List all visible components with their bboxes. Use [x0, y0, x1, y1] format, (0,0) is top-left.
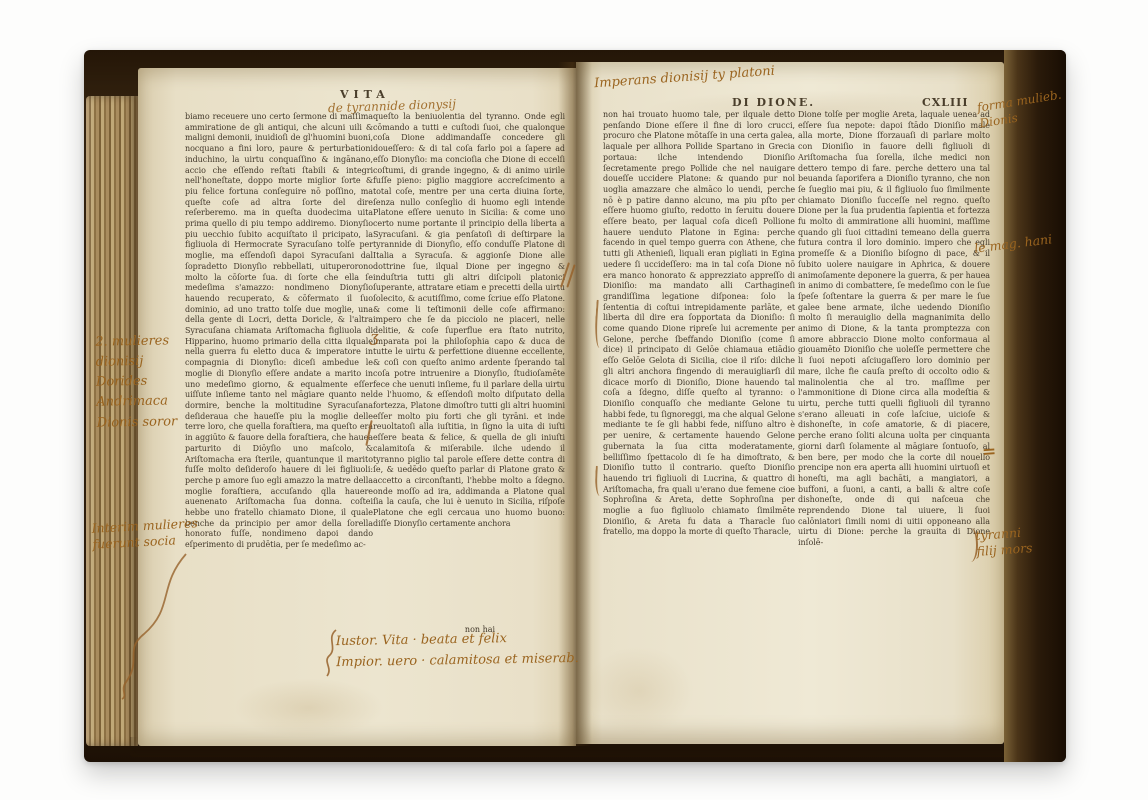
book-cover-edge — [1004, 50, 1066, 762]
left-page-column-2: queſto la beniuolentia del tyranno. Onde… — [373, 112, 565, 624]
running-head-right: DI DIONE. — [732, 96, 815, 109]
margin-note-wives-of-dionysius: 2. mulieres dionisij Dorides Andrimaca D… — [95, 331, 177, 433]
folio-number: CXLIII — [922, 96, 968, 109]
right-page-column-2: Dione tolſe per moglie Areta, laquale ue… — [798, 110, 990, 626]
margin-equals-mark: = — [981, 442, 997, 463]
margin-note-wives-together: Interim mulieres fuerunt socia — [91, 515, 199, 553]
pen-flourish — [108, 550, 198, 700]
book-photograph: VITA de tyrannide dionysij biamo receuer… — [0, 0, 1148, 800]
pen-mark — [594, 466, 604, 496]
pen-mark-zeta: ʒ — [370, 328, 378, 346]
left-page-column-1: biamo receuere uno certo ſermone di maſſ… — [185, 112, 373, 624]
open-book: VITA de tyrannide dionysij biamo receuer… — [84, 50, 1066, 762]
right-page-column-1: non hai trouato huomo tale, per ilquale … — [603, 110, 795, 626]
margin-note-tyrants-son-death: tyranni filij mors — [975, 524, 1033, 560]
bottom-annotation: Iustor. Vita · beata et felix Impior. ue… — [336, 628, 579, 674]
